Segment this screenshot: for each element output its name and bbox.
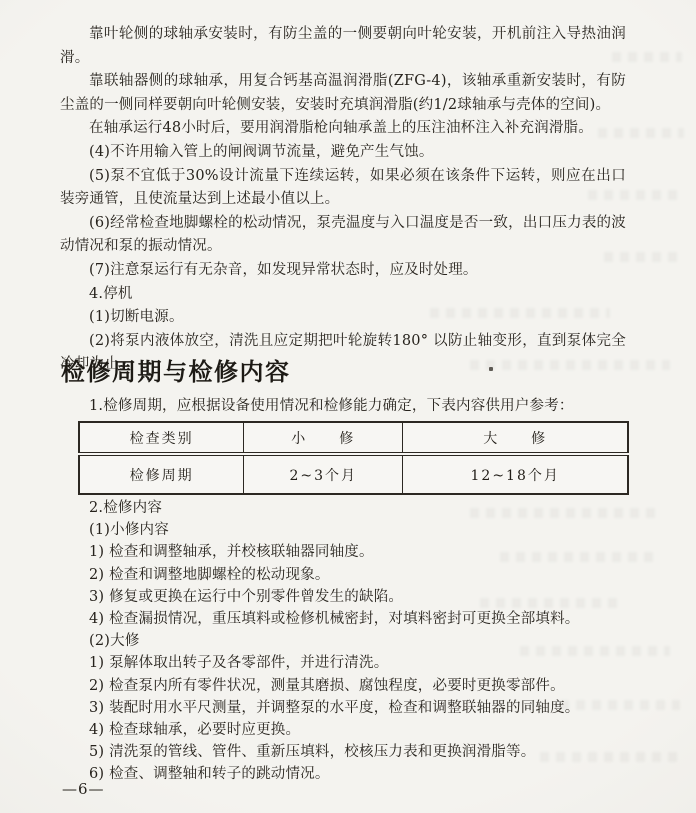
list-item: 4) 检查漏损情况，重压填料或检修机械密封，对填料密封可更换全部填料。 (60, 608, 638, 630)
paragraph: (1)切断电源。 (60, 306, 626, 330)
paragraph: 在轴承运行48小时后，要用润滑脂枪向轴承盖上的压注油杯注入补充润滑脂。 (60, 117, 626, 141)
cell-major-repair-cycle: 12~18个月 (403, 454, 628, 494)
list-item: 3) 修复或更换在运行中个别零件曾发生的缺陷。 (60, 586, 638, 608)
list-item: 5) 清洗泵的管线、管件、重新压填料，校核压力表和更换润滑脂等。 (60, 741, 638, 763)
table-row: 检修周期 2~3个月 12~18个月 (79, 454, 628, 494)
list-item: 1) 泵解体取出转子及各零部件，并进行清洗。 (60, 652, 638, 674)
list-item: 2) 检查泵内所有零件状况，测量其磨损、腐蚀程度，必要时更换零部件。 (60, 675, 638, 697)
list-item: 3) 装配时用水平尺测量，并调整泵的水平度，检查和调整联轴器的同轴度。 (60, 697, 638, 719)
cell-cycle-label: 检修周期 (79, 454, 244, 494)
table-header-row: 检查类别 小 修 大 修 (79, 422, 628, 454)
paragraph: 靠叶轮侧的球轴承安装时，有防尘盖的一侧要朝向叶轮安装，开机前注入导热油润滑。 (60, 23, 626, 70)
section-heading: 检修周期与检修内容 (61, 352, 291, 387)
page-number: —6— (62, 780, 105, 798)
paragraph: (4)不许用输入管上的闸阀调节流量，避免产生气蚀。 (60, 141, 626, 165)
paragraph: (7)注意泵运行有无杂音，如发现异常状态时，应及时处理。 (60, 259, 626, 283)
header-cell-category: 检查类别 (79, 422, 244, 454)
content-section-label: 2.检修内容 (60, 497, 638, 519)
list-item: 4) 检查球轴承，必要时应更换。 (60, 719, 638, 741)
paragraph: (6)经常检查地脚螺栓的松动情况，泵壳温度与入口温度是否一致，出口压力表的波动情… (60, 212, 626, 259)
list-item: 1) 检查和调整轴承，并校核联轴器同轴度。 (60, 541, 638, 563)
header-cell-major-repair: 大 修 (403, 422, 628, 454)
list-item: 2) 检查和调整地脚螺栓的松动现象。 (60, 564, 638, 586)
minor-repair-section-label: (1)小修内容 (60, 519, 638, 541)
cell-minor-repair-cycle: 2~3个月 (244, 454, 403, 494)
shutdown-section-label: 4.停机 (60, 283, 626, 307)
operating-instructions-block: 靠叶轮侧的球轴承安装时，有防尘盖的一侧要朝向叶轮安装，开机前注入导热油润滑。 靠… (60, 23, 626, 377)
maintenance-content-block: 2.检修内容 (1)小修内容 1) 检查和调整轴承，并校核联轴器同轴度。 2) … (60, 497, 638, 786)
header-cell-minor-repair: 小 修 (244, 422, 403, 454)
paragraph: (5)泵不宜低于30%设计流量下连续运转，如果必须在该条件下运转，则应在出口装旁… (60, 165, 626, 212)
scanned-document-page: 靠叶轮侧的球轴承安装时，有防尘盖的一侧要朝向叶轮安装，开机前注入导热油润滑。 靠… (0, 0, 696, 813)
list-item: 6) 检查、调整轴和转子的跳动情况。 (60, 763, 638, 785)
paragraph: 靠联轴器侧的球轴承，用复合钙基高温润滑脂(ZFG-4)，该轴承重新安装时，有防尘… (60, 70, 626, 117)
table-intro-paragraph: 1.检修周期，应根据设备使用情况和检修能力确定，下表内容供用户参考： (60, 394, 626, 415)
maintenance-cycle-table: 检查类别 小 修 大 修 检修周期 2~3个月 12~18个月 (78, 421, 629, 495)
major-repair-section-label: (2)大修 (60, 630, 638, 652)
